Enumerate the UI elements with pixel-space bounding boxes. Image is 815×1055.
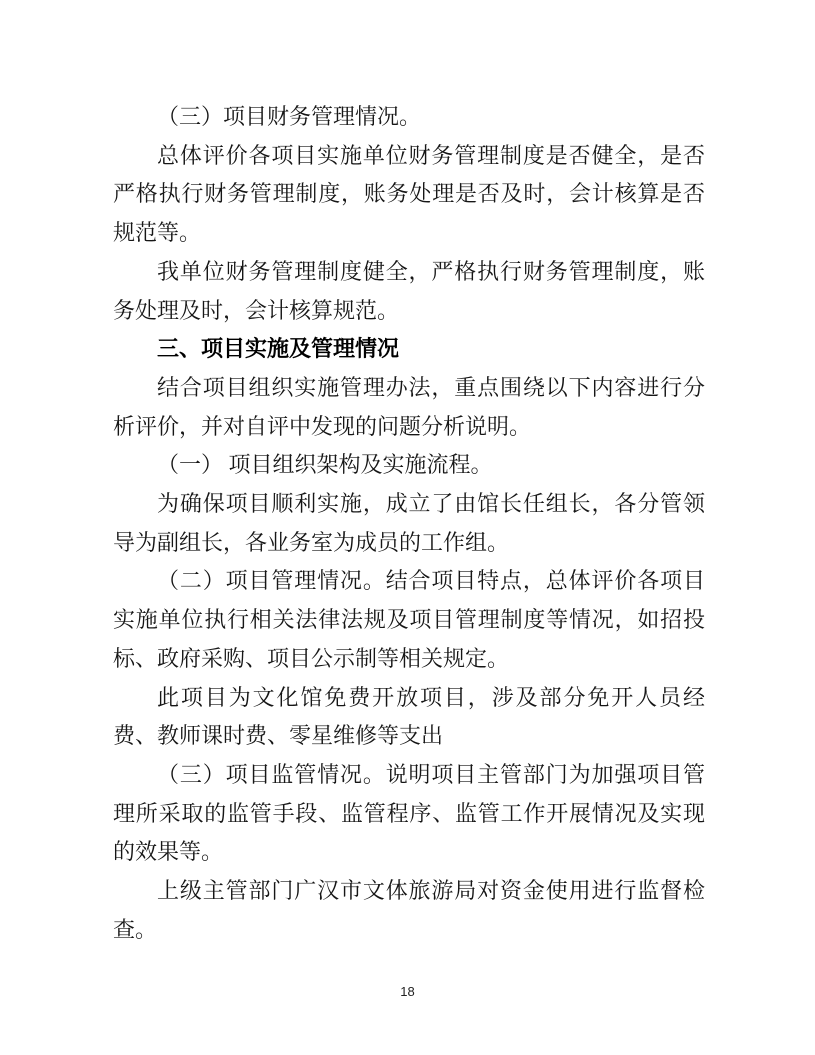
paragraph: 总体评价各项目实施单位财务管理制度是否健全，是否严格执行财务管理制度，账务处理是…	[113, 137, 705, 253]
paragraph: （三）项目财务管理情况。	[113, 98, 705, 137]
page-footer: 18	[0, 983, 815, 1001]
paragraph: （二）项目管理情况。结合项目特点，总体评价各项目实施单位执行相关法律法规及项目管…	[113, 562, 705, 678]
paragraph: 上级主管部门广汉市文体旅游局对资金使用进行监督检查。	[113, 872, 705, 949]
paragraph: 结合项目组织实施管理办法，重点围绕以下内容进行分析评价，并对自评中发现的问题分析…	[113, 369, 705, 446]
document-page: （三）项目财务管理情况。总体评价各项目实施单位财务管理制度是否健全，是否严格执行…	[0, 0, 815, 1055]
paragraph: （三）项目监管情况。说明项目主管部门为加强项目管理所采取的监管手段、监管程序、监…	[113, 756, 705, 872]
paragraph: 为确保项目顺利实施，成立了由馆长任组长，各分管领导为副组长，各业务室为成员的工作…	[113, 485, 705, 562]
section-heading: 三、项目实施及管理情况	[113, 330, 705, 369]
paragraph: 我单位财务管理制度健全，严格执行财务管理制度，账务处理及时，会计核算规范。	[113, 253, 705, 330]
paragraph: （一） 项目组织架构及实施流程。	[113, 446, 705, 485]
page-number: 18	[400, 984, 414, 999]
paragraph: 此项目为文化馆免费开放项目，涉及部分免开人员经费、教师课时费、零星维修等支出	[113, 679, 705, 756]
document-body: （三）项目财务管理情况。总体评价各项目实施单位财务管理制度是否健全，是否严格执行…	[113, 98, 705, 949]
